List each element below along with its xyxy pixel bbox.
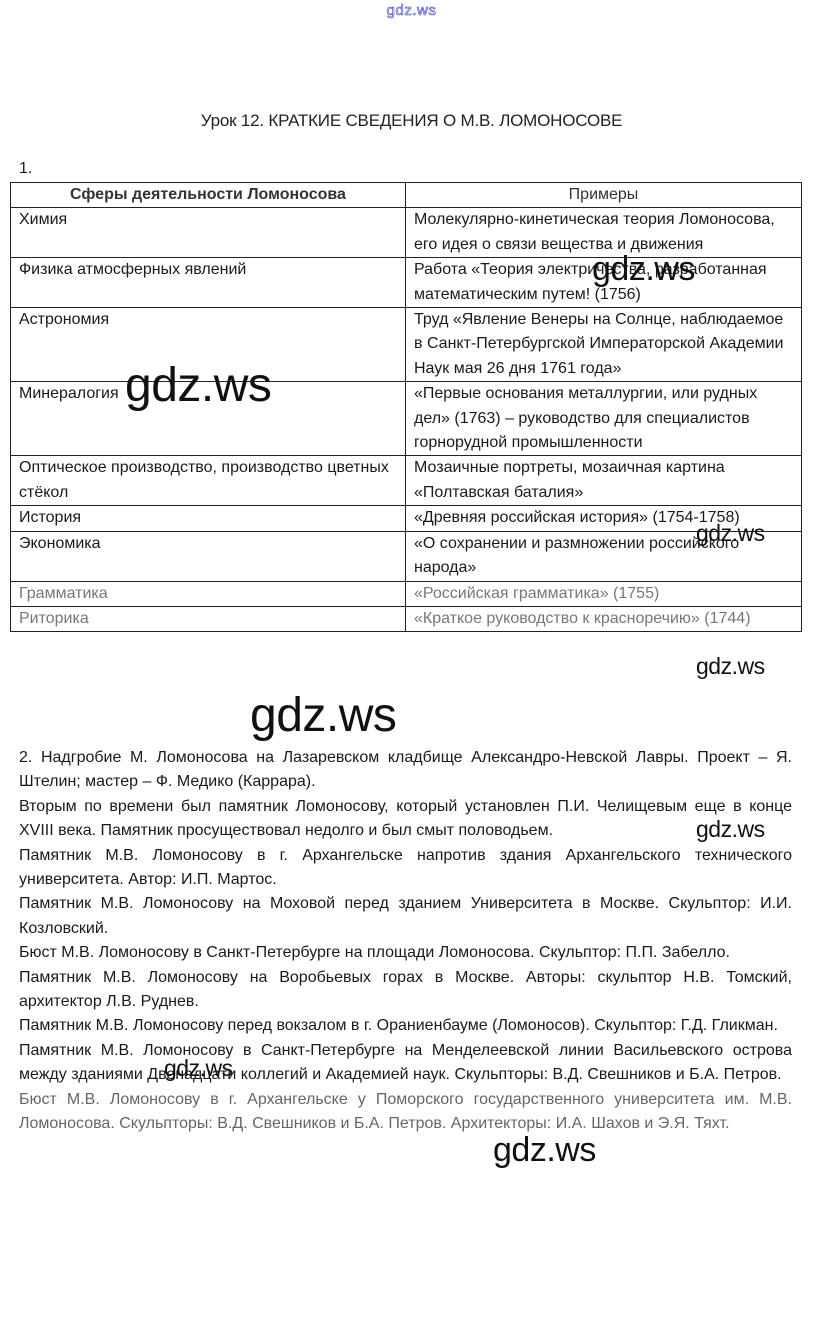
- watermark: gdz.ws: [125, 362, 271, 410]
- example-cell: Труд «Явление Венеры на Солнце, наблюдае…: [406, 308, 802, 382]
- site-watermark: gdz.ws: [0, 2, 823, 19]
- watermark: gdz.ws: [164, 1057, 233, 1080]
- watermark: gdz.ws: [250, 692, 396, 740]
- table-row: Риторика «Краткое руководство к красноре…: [11, 606, 802, 631]
- table-row: Оптическое производство, производство цв…: [11, 456, 802, 506]
- paragraph: Памятник М.В. Ломоносову перед вокзалом …: [19, 1014, 792, 1038]
- sphere-cell: Оптическое производство, производство цв…: [11, 456, 406, 506]
- table-header-row: Сферы деятельности Ломоносова Примеры: [11, 183, 802, 208]
- table-row: Грамматика «Российская грамматика» (1755…: [11, 581, 802, 606]
- watermark: gdz.ws: [493, 1133, 596, 1167]
- sphere-cell: Грамматика: [11, 581, 406, 606]
- watermark: gdz.ws: [696, 655, 765, 678]
- paragraph: Бюст М.В. Ломоносову в г. Архангельске у…: [19, 1088, 792, 1137]
- task-number-1: 1.: [19, 160, 32, 178]
- paragraph: Памятник М.В. Ломоносову в г. Архангельс…: [19, 844, 792, 893]
- column-header-sphere: Сферы деятельности Ломоносова: [11, 183, 406, 208]
- paragraph: Бюст М.В. Ломоносову в Санкт-Петербурге …: [19, 941, 792, 965]
- table-row: Экономика «О сохранении и размножении ро…: [11, 531, 802, 581]
- paragraph: Памятник М.В. Ломоносову на Воробьевых г…: [19, 966, 792, 1015]
- column-header-examples: Примеры: [406, 183, 802, 208]
- example-cell: Мозаичные портреты, мозаичная картина «П…: [406, 456, 802, 506]
- watermark: gdz.ws: [696, 522, 765, 545]
- paragraph: Памятник М.В. Ломоносову в Санкт-Петербу…: [19, 1039, 792, 1088]
- example-cell: «Краткое руководство к красноречию» (174…: [406, 606, 802, 631]
- example-cell: «Российская грамматика» (1755): [406, 581, 802, 606]
- paragraph: 2. Надгробие М. Ломоносова на Лазаревско…: [19, 746, 792, 795]
- watermark: gdz.ws: [592, 252, 695, 286]
- paragraph: Памятник М.В. Ломоносову на Моховой пере…: [19, 892, 792, 941]
- page-title: Урок 12. КРАТКИЕ СВЕДЕНИЯ О М.В. ЛОМОНОС…: [0, 111, 823, 131]
- task-2-text: 2. Надгробие М. Ломоносова на Лазаревско…: [19, 746, 792, 1137]
- sphere-cell: Химия: [11, 208, 406, 258]
- sphere-cell: Физика атмосферных явлений: [11, 258, 406, 308]
- sphere-cell: Экономика: [11, 531, 406, 581]
- watermark: gdz.ws: [696, 818, 765, 841]
- sphere-cell: История: [11, 506, 406, 531]
- paragraph: Вторым по времени был памятник Ломоносов…: [19, 795, 792, 844]
- example-cell: «Первые основания металлургии, или рудны…: [406, 382, 802, 456]
- table-row: История «Древняя российская история» (17…: [11, 506, 802, 531]
- sphere-cell: Риторика: [11, 606, 406, 631]
